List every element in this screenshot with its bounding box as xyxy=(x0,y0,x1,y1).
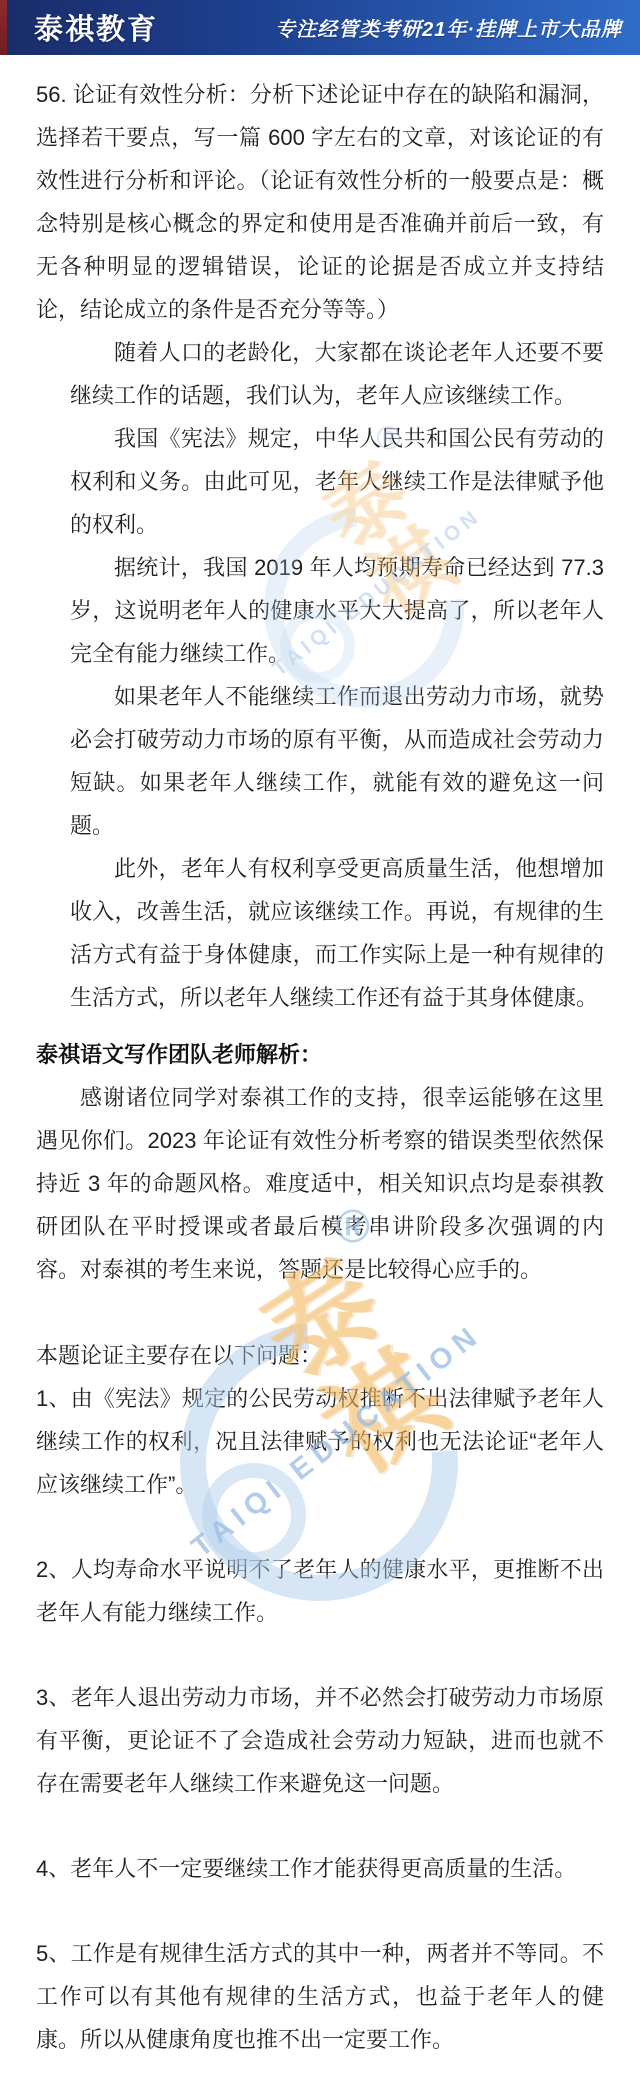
problem-item: 4、老年人不一定要继续工作才能获得更高质量的生活。 xyxy=(36,1847,604,1890)
essay-paragraph: 如果老年人不能继续工作而退出劳动力市场，就势必会打破劳动力市场的原有平衡，从而造… xyxy=(70,675,604,847)
question-paragraph: 56. 论证有效性分析：分析下述论证中存在的缺陷和漏洞，选择若干要点，写一篇 6… xyxy=(36,73,604,331)
problem-item: 5、工作是有规律生活方式的其中一种，两者并不等同。不工作可以有其他有规律的生活方… xyxy=(36,1932,604,2061)
essay-paragraph: 据统计，我国 2019 年人均预期寿命已经达到 77.3 岁，这说明老年人的健康… xyxy=(70,546,604,675)
document-body: 56. 论证有效性分析：分析下述论证中存在的缺陷和漏洞，选择若干要点，写一篇 6… xyxy=(0,55,640,2061)
header-left-edge-stripe xyxy=(0,0,7,55)
problems-list: 1、由《宪法》规定的公民劳动权推断不出法律赋予老年人继续工作的权利，况且法律赋予… xyxy=(36,1377,604,2061)
essay-quote-block: 随着人口的老龄化，大家都在谈论老年人还要不要继续工作的话题，我们认为，老年人应该… xyxy=(70,331,604,1019)
essay-paragraph: 我国《宪法》规定，中华人民共和国公民有劳动的权利和义务。由此可见，老年人继续工作… xyxy=(70,417,604,546)
problem-item: 1、由《宪法》规定的公民劳动权推断不出法律赋予老年人继续工作的权利，况且法律赋予… xyxy=(36,1377,604,1506)
essay-paragraph: 随着人口的老龄化，大家都在谈论老年人还要不要继续工作的话题，我们认为，老年人应该… xyxy=(70,331,604,417)
brand-logo-text: 泰祺教育 xyxy=(34,7,158,48)
header: 泰祺教育 专注经管类考研21年·挂牌上市大品牌 xyxy=(0,0,640,55)
analysis-heading: 泰祺语文写作团队老师解析： xyxy=(36,1033,604,1076)
analysis-intro-paragraph: 感谢诸位同学对泰祺工作的支持，很幸运能够在这里遇见你们。2023 年论证有效性分… xyxy=(36,1076,604,1291)
problems-title: 本题论证主要存在以下问题： xyxy=(36,1334,604,1377)
header-tagline: 专注经管类考研21年·挂牌上市大品牌 xyxy=(275,13,622,42)
page: 泰祺教育 专注经管类考研21年·挂牌上市大品牌 56. 论证有效性分析：分析下述… xyxy=(0,0,640,2080)
problem-item: 3、老年人退出劳动力市场，并不必然会打破劳动力市场原有平衡，更论证不了会造成社会… xyxy=(36,1676,604,1805)
problem-item: 2、人均寿命水平说明不了老年人的健康水平，更推断不出老年人有能力继续工作。 xyxy=(36,1548,604,1634)
essay-paragraph: 此外，老年人有权利享受更高质量生活，他想增加收入，改善生活，就应该继续工作。再说… xyxy=(70,847,604,1019)
